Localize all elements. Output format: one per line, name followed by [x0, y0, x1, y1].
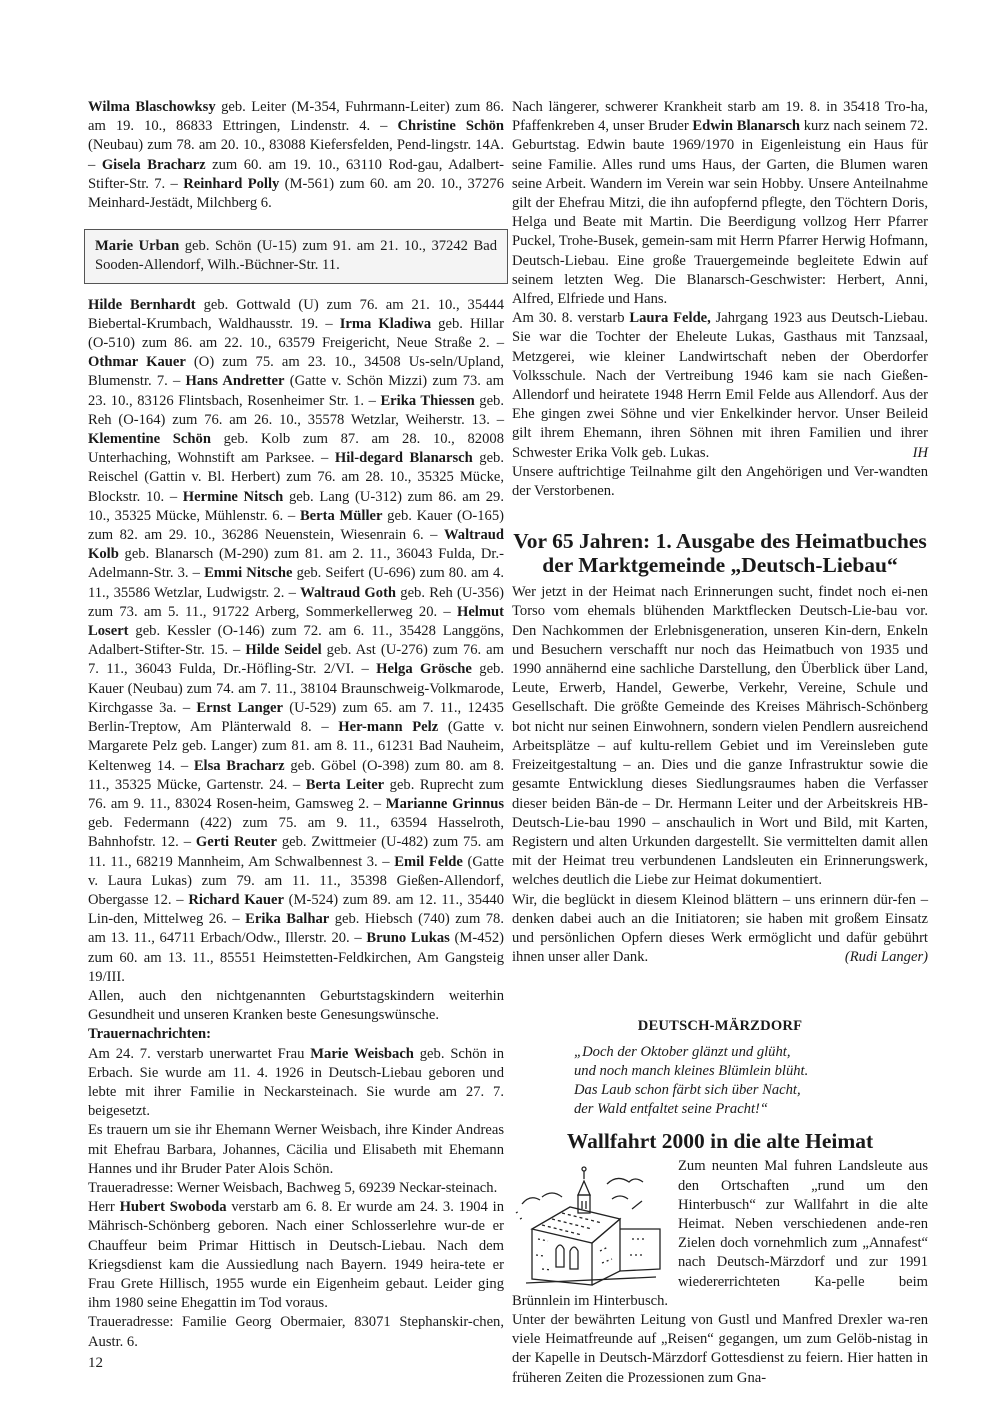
- person-name: Laura Felde,: [629, 310, 710, 326]
- article-paragraph-2: Wir, die beglückt in diesem Kleinod blät…: [512, 891, 928, 968]
- highlight-box-text: Marie Urban geb. Schön (U-15) zum 91. am…: [95, 237, 497, 275]
- person-name: Gerti Reuter: [196, 834, 277, 850]
- right-column: Nach längerer, schwerer Krankheit starb …: [512, 98, 928, 1388]
- church-illustration-icon: [512, 1159, 672, 1287]
- obituary-blanarsch: Nach längerer, schwerer Krankheit starb …: [512, 98, 928, 309]
- person-name: Hilde Bernhardt: [88, 297, 196, 313]
- pilgrimage-title: Wallfahrt 2000 in die alte Heimat: [512, 1129, 928, 1153]
- article-title: Vor 65 Jahren: 1. Ausgabe des Heimatbuch…: [512, 529, 928, 577]
- person-name: Hil-degard Blanarsch: [335, 450, 473, 466]
- highlight-box: Marie Urban geb. Schön (U-15) zum 91. am…: [84, 229, 508, 283]
- person-name: Waltraud Goth: [300, 585, 396, 601]
- birthday-wishes: Allen, auch den nichtgenannten Geburtsta…: [88, 987, 504, 1025]
- person-name: Irma Kladiwa: [340, 316, 431, 332]
- person-name: Hans Andretter: [186, 373, 285, 389]
- obituary-swoboda-address: Traueradresse: Familie Georg Obermaier, …: [88, 1313, 504, 1351]
- person-name: Marianne Grinnus: [386, 796, 504, 812]
- author-initials: IH: [913, 444, 928, 463]
- section-heading: DEUTSCH-MÄRZDORF: [512, 1017, 928, 1036]
- person-name: Reinhard Polly: [183, 176, 279, 192]
- person-name: Berta Müller: [300, 508, 383, 524]
- person-name: Hilde Seidel: [245, 642, 321, 658]
- person-name: Elsa Bracharz: [194, 758, 285, 774]
- birthday-list-part2: Hilde Bernhardt geb. Gottwald (U) zum 76…: [88, 296, 504, 987]
- obituary-felde: Am 30. 8. verstarb Laura Felde, Jahrgang…: [512, 309, 928, 463]
- person-name: Erika Thiessen: [380, 393, 474, 409]
- person-name: Berta Leiter: [306, 777, 384, 793]
- person-name: Hermine Nitsch: [183, 489, 284, 505]
- obituary-weisbach-address: Traueradresse: Werner Weisbach, Bachweg …: [88, 1179, 504, 1198]
- mourning-heading: Trauernachrichten:: [88, 1025, 504, 1044]
- person-name: Edwin Blanarsch: [692, 118, 800, 134]
- page-number: 12: [88, 1355, 103, 1372]
- person-name: Helmut Losert: [88, 604, 504, 639]
- person-name: Her-mann Pelz: [338, 719, 438, 735]
- obituary-weisbach-mourners: Es trauern um sie ihr Ehemann Werner Wei…: [88, 1121, 504, 1179]
- person-name: Ernst Langer: [196, 700, 283, 716]
- person-name: Wilma Blaschowksy: [88, 99, 216, 115]
- person-name: Emil Felde: [394, 854, 463, 870]
- poem: „Doch der Oktober glänzt und glüht, und …: [574, 1043, 928, 1120]
- person-name: Hubert Swoboda: [120, 1199, 227, 1215]
- person-name: Emmi Nitsche: [204, 565, 292, 581]
- person-name: Klementine Schön: [88, 431, 211, 447]
- pilgrimage-article: Zum neunten Mal fuhren Landsleute aus de…: [512, 1157, 928, 1387]
- pilgrimage-paragraph-2: Unter der bewährten Leitung von Gustl un…: [512, 1311, 928, 1388]
- obituary-weisbach: Am 24. 7. verstarb unerwartet Frau Marie…: [88, 1045, 504, 1122]
- article-author: (Rudi Langer): [845, 948, 928, 967]
- article-paragraph-1: Wer jetzt in der Heimat nach Erinnerunge…: [512, 583, 928, 890]
- left-column: Wilma Blaschowksy geb. Leiter (M-354, Fu…: [88, 98, 504, 1352]
- person-name: Erika Balhar: [245, 911, 329, 927]
- person-name: Christine Schön: [397, 118, 504, 134]
- birthday-list-part1: Wilma Blaschowksy geb. Leiter (M-354, Fu…: [88, 98, 504, 213]
- person-name: Waltraud Kolb: [88, 527, 504, 562]
- condolence-note: Unsere auftrichtige Teilnahme gilt den A…: [512, 463, 928, 501]
- person-name: Bruno Lukas: [366, 930, 449, 946]
- obituary-swoboda: Herr Hubert Swoboda verstarb am 6. 8. Er…: [88, 1198, 504, 1313]
- person-name: Marie Urban: [95, 238, 179, 254]
- person-name: Marie Weisbach: [310, 1046, 414, 1062]
- person-name: Othmar Kauer: [88, 354, 186, 370]
- person-name: Gisela Bracharz: [102, 157, 206, 173]
- person-name: Richard Kauer: [188, 892, 284, 908]
- person-name: Helga Grösche: [376, 661, 472, 677]
